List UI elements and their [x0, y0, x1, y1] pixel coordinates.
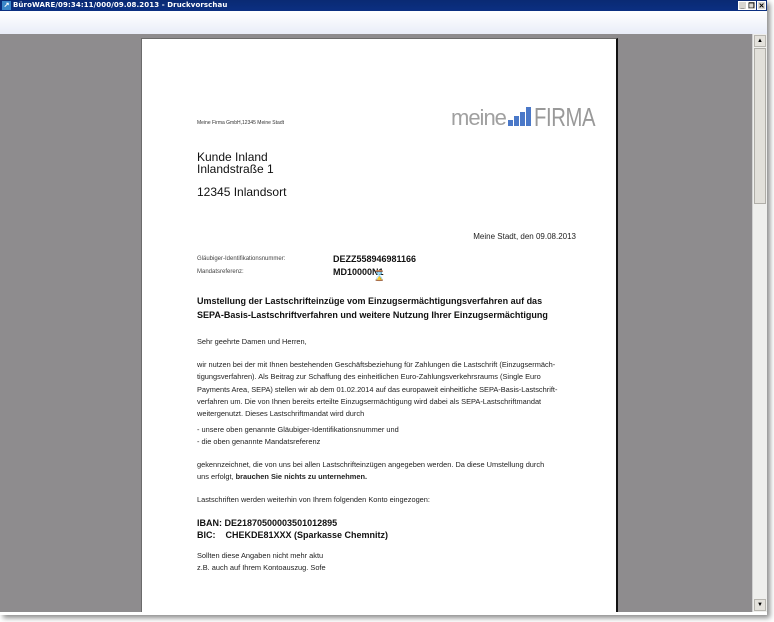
- mandate-ref-label: Mandatsreferenz:: [197, 269, 244, 275]
- recipient-city: 12345 Inlandsort: [197, 186, 286, 198]
- body-paragraph-1: wir nutzen bei der mit Ihnen bestehenden…: [197, 359, 597, 420]
- close-button[interactable]: ✕: [757, 1, 766, 10]
- logo-bars-icon: [508, 107, 532, 126]
- restore-button[interactable]: ❐: [747, 1, 756, 10]
- scroll-up-button[interactable]: ▲: [754, 35, 766, 47]
- scroll-down-button[interactable]: ▼: [754, 599, 766, 611]
- date-line: Meine Stadt, den 09.08.2013: [473, 232, 576, 241]
- document-page: Meine Firma GmbH,12345 Meine Stadt meine…: [141, 38, 618, 612]
- preview-viewport[interactable]: Meine Firma GmbH,12345 Meine Stadt meine…: [0, 34, 752, 612]
- minimize-button[interactable]: _: [738, 1, 747, 10]
- iban-line: IBAN: DE21870500003501012895: [197, 517, 337, 529]
- scroll-thumb[interactable]: [754, 48, 766, 204]
- creditor-id-value: DEZZ558946981166: [333, 254, 416, 264]
- letter-subject: Umstellung der Lastschrifteinzüge vom Ei…: [197, 294, 597, 322]
- sender-line: Meine Firma GmbH,12345 Meine Stadt: [197, 120, 284, 126]
- company-logo: meine FIRMA: [451, 99, 612, 129]
- title-bar[interactable]: ↗ BüroWARE/09:34:11/000/09.08.2013 - Dru…: [0, 0, 767, 11]
- recipient-street: Inlandstraße 1: [197, 163, 274, 175]
- toolbar: [0, 11, 767, 35]
- body-paragraph-3: Lastschriften werden weiterhin von Ihrem…: [197, 494, 597, 506]
- creditor-id-label: Gläubiger-Identifikationsnummer:: [197, 256, 285, 262]
- app-icon: ↗: [2, 1, 11, 10]
- salutation: Sehr geehrte Damen und Herren,: [197, 336, 597, 348]
- print-preview-window: ↗ BüroWARE/09:34:11/000/09.08.2013 - Dru…: [0, 0, 767, 615]
- vertical-scrollbar[interactable]: ▲ ▼: [752, 34, 767, 612]
- bullet-list: - unsere oben genannte Gläubiger-Identif…: [197, 424, 597, 449]
- body-paragraph-4: Sollten diese Angaben nicht mehr aktu z.…: [197, 550, 333, 575]
- hourglass-cursor-icon: ⌛: [373, 271, 385, 282]
- body-paragraph-2: gekennzeichnet, die von uns bei allen La…: [197, 459, 597, 484]
- bic-line: BIC: CHEKDE81XXX (Sparkasse Chemnitz): [197, 529, 388, 541]
- window-title: BüroWARE/09:34:11/000/09.08.2013 - Druck…: [13, 0, 227, 11]
